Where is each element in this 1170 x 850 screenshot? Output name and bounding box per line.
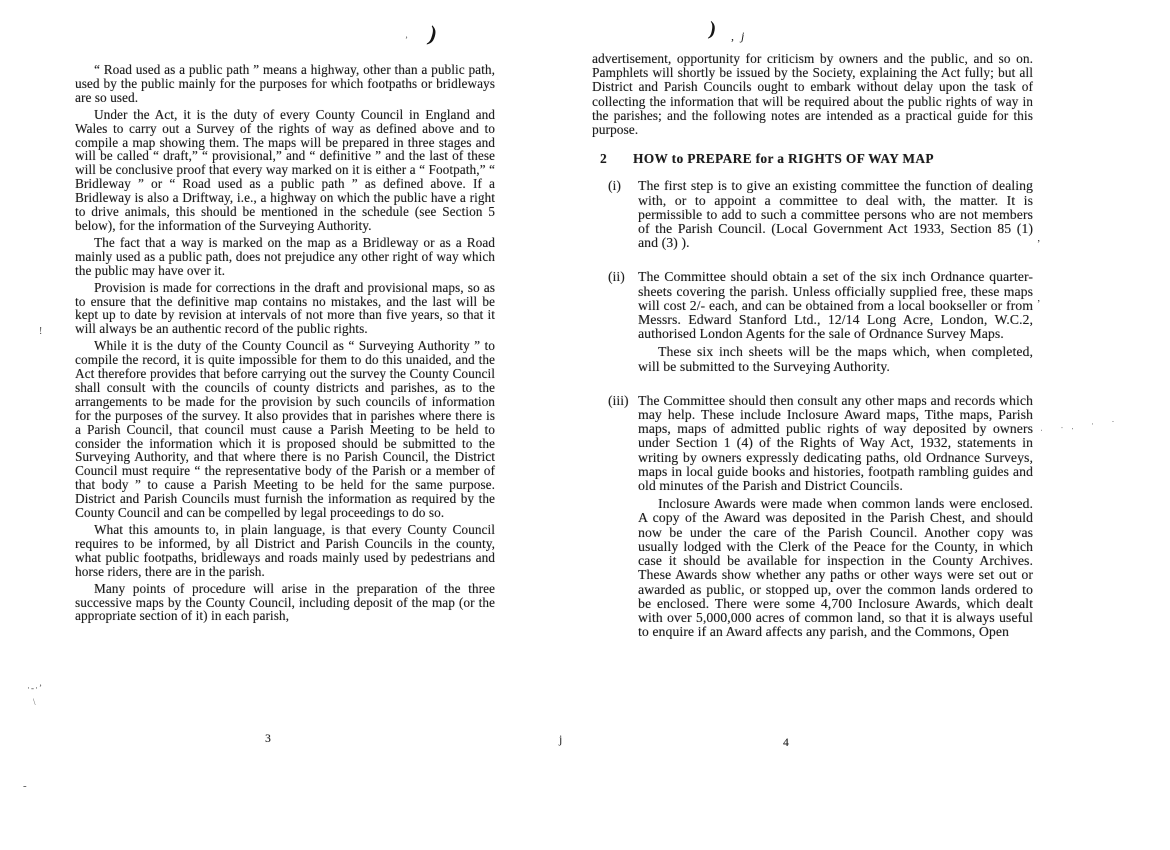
- right-page: advertisement, opportunity for criticism…: [592, 52, 1033, 643]
- ink-mark: , j: [731, 30, 746, 42]
- section-heading: 2 HOW to PREPARE for a RIGHTS OF WAY MAP: [592, 152, 1033, 166]
- paragraph: The Committee should then consult any ot…: [638, 394, 1033, 493]
- ink-mark: ’: [1037, 300, 1040, 310]
- page-number: 3: [265, 733, 271, 745]
- section-title: HOW to PREPARE for a RIGHTS OF WAY MAP: [633, 152, 934, 166]
- list-item-body: The Committee should obtain a set of the…: [638, 270, 1033, 377]
- scanned-document-page: { "doc": { "left": { "page_number": "3",…: [0, 0, 1170, 850]
- list-item: (i) The first step is to give an existin…: [592, 179, 1033, 254]
- paragraph: Inclosure Awards were made when common l…: [638, 497, 1033, 639]
- list-item-body: The Committee should then consult any ot…: [638, 394, 1033, 643]
- ink-mark: j: [559, 733, 562, 745]
- ink-mark: \: [33, 698, 36, 707]
- document-scan: “ Road used as a public path ” means a h…: [0, 0, 1170, 850]
- section-number: 2: [592, 152, 633, 166]
- paragraph: The Committee should obtain a set of the…: [638, 270, 1033, 341]
- ink-mark: ’: [405, 36, 408, 45]
- paragraph: Many points of procedure will arise in t…: [75, 582, 495, 624]
- left-page: “ Road used as a public path ” means a h…: [75, 63, 495, 626]
- paragraph: The first step is to give an existing co…: [638, 179, 1033, 250]
- paragraph: advertisement, opportunity for criticism…: [592, 52, 1033, 137]
- list-item-label: (iii): [608, 394, 638, 643]
- paragraph: Under the Act, it is the duty of every C…: [75, 108, 495, 233]
- page-number: 4: [783, 737, 789, 749]
- paragraph: While it is the duty of the County Counc…: [75, 339, 495, 520]
- paragraph: The fact that a way is marked on the map…: [75, 236, 495, 278]
- paragraph: These six inch sheets will be the maps w…: [638, 345, 1033, 373]
- ink-mark: ’: [1037, 240, 1040, 250]
- paragraph: “ Road used as a public path ” means a h…: [75, 63, 495, 105]
- ink-mark: -: [23, 781, 27, 792]
- list-item-body: The first step is to give an existing co…: [638, 179, 1033, 254]
- ink-mark: !: [39, 327, 42, 337]
- list-item-label: (ii): [608, 270, 638, 377]
- list-item: (ii) The Committee should obtain a set o…: [592, 270, 1033, 377]
- ink-mark: ): [707, 19, 717, 40]
- list-item: (iii) The Committee should then consult …: [592, 394, 1033, 643]
- ink-mark: ): [426, 22, 439, 45]
- paragraph: Provision is made for corrections in the…: [75, 281, 495, 337]
- ink-mark: · ·. · ·: [1040, 417, 1123, 435]
- paragraph: What this amounts to, in plain language,…: [75, 523, 495, 579]
- list-item-label: (i): [608, 179, 638, 254]
- ink-mark: ·-·’: [27, 684, 43, 693]
